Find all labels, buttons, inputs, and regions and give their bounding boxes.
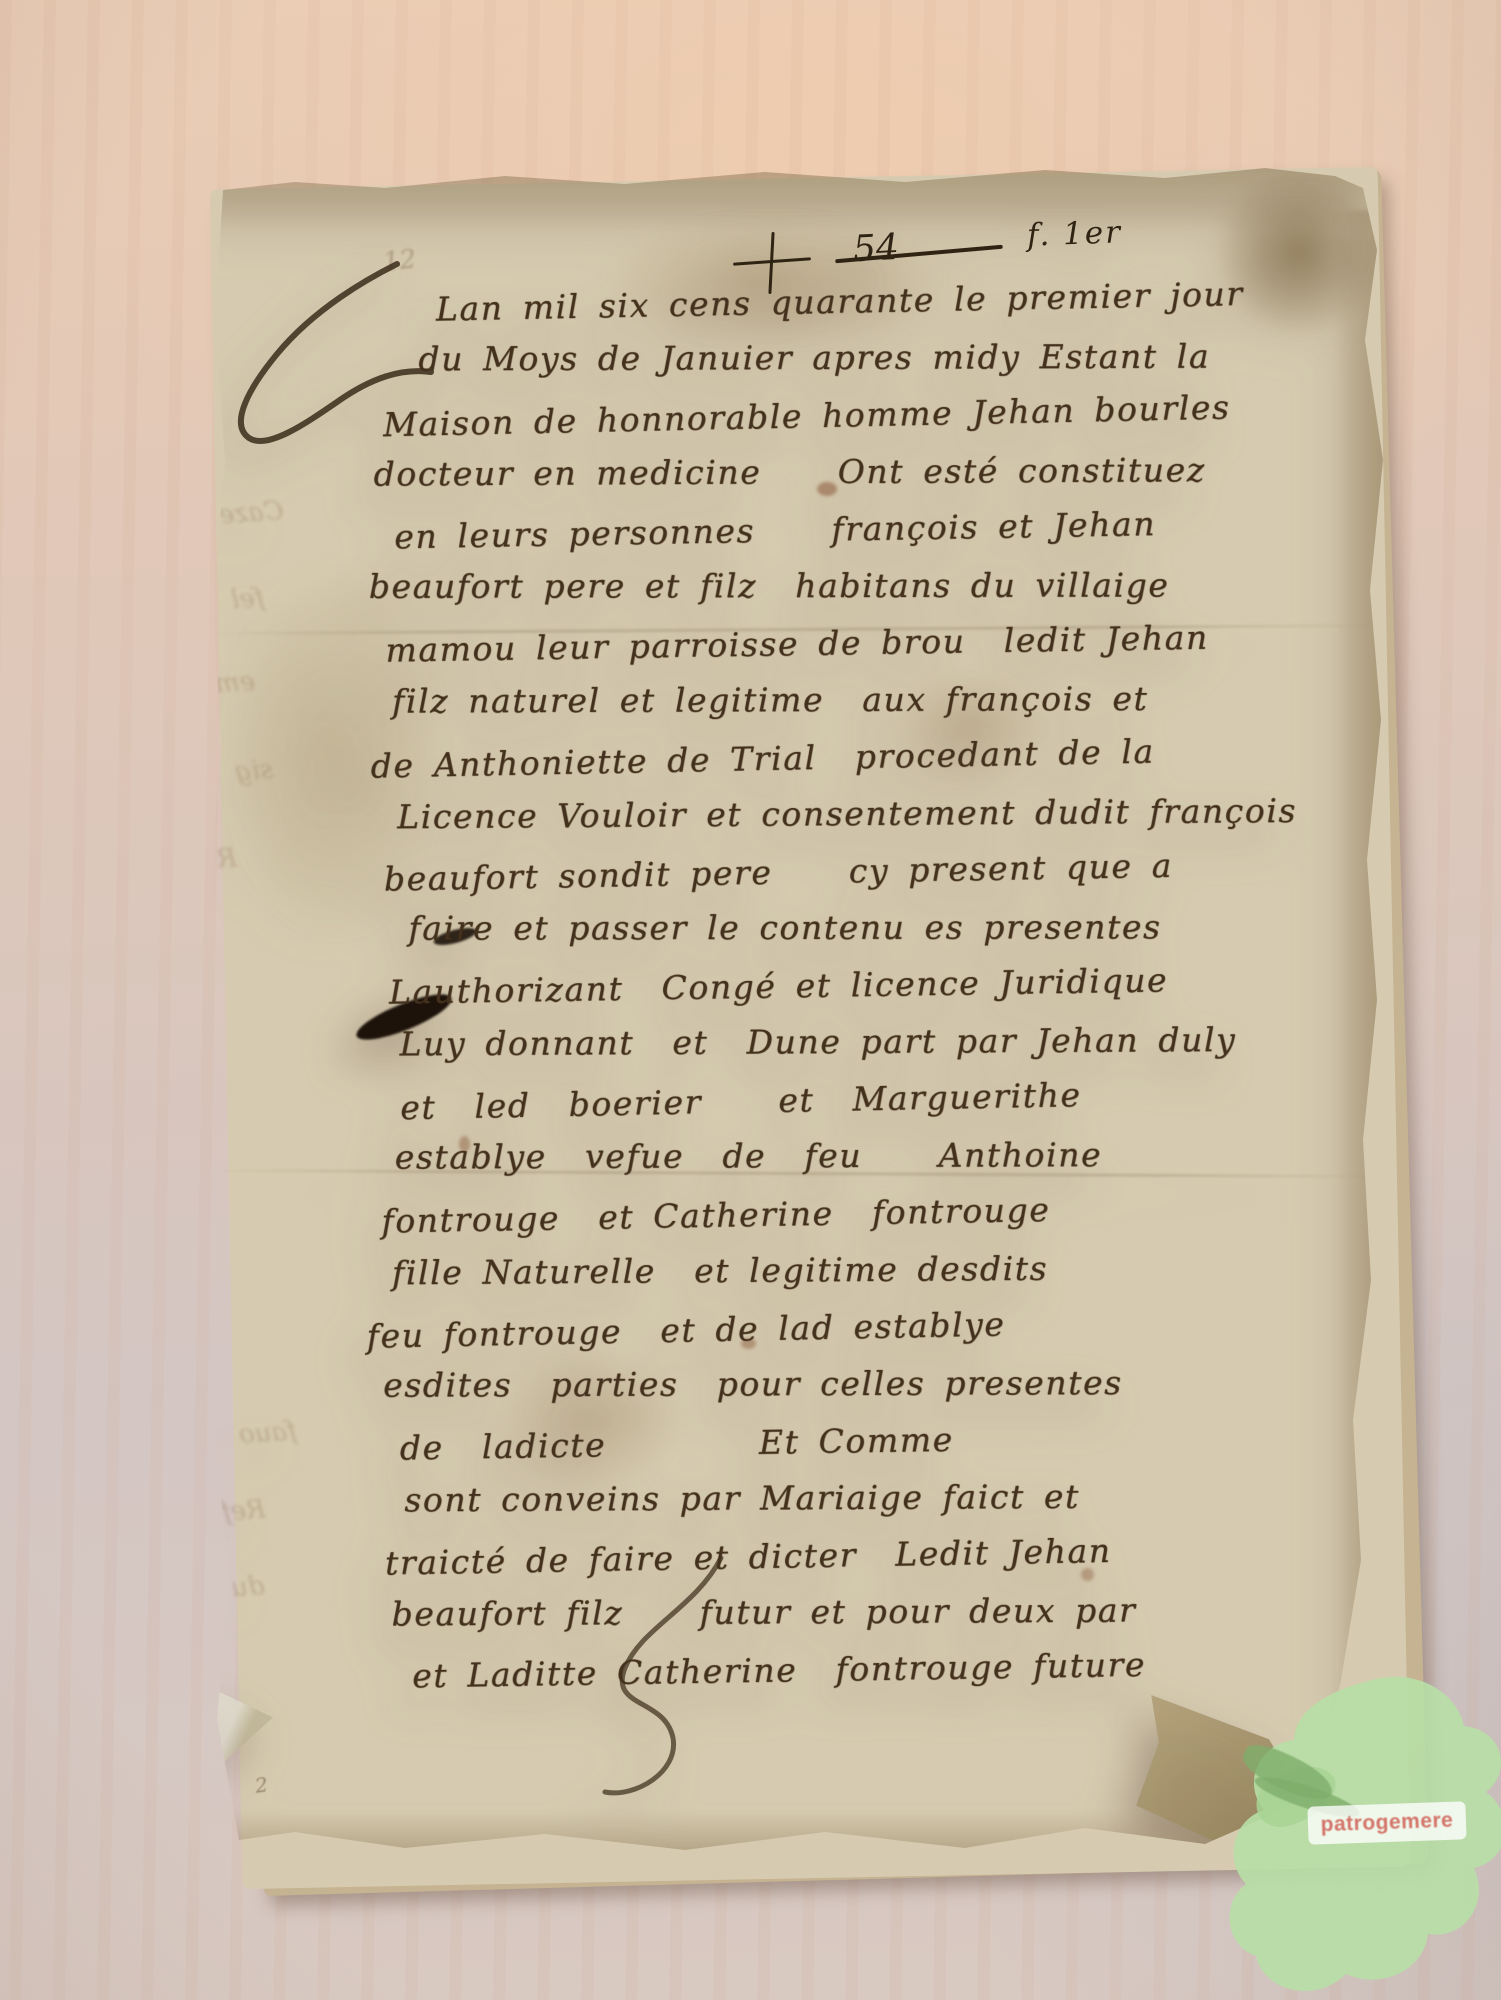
- photograph-of-manuscript: 54 f. 1er 12 2 Caze fel em sig R fauo Re…: [0, 0, 1501, 2000]
- watermark-label-band: patrogemere: [1307, 1801, 1466, 1844]
- archive-watermark-logo: patrogemere: [1222, 1668, 1501, 2000]
- watermark-label: patrogemere: [1320, 1809, 1453, 1838]
